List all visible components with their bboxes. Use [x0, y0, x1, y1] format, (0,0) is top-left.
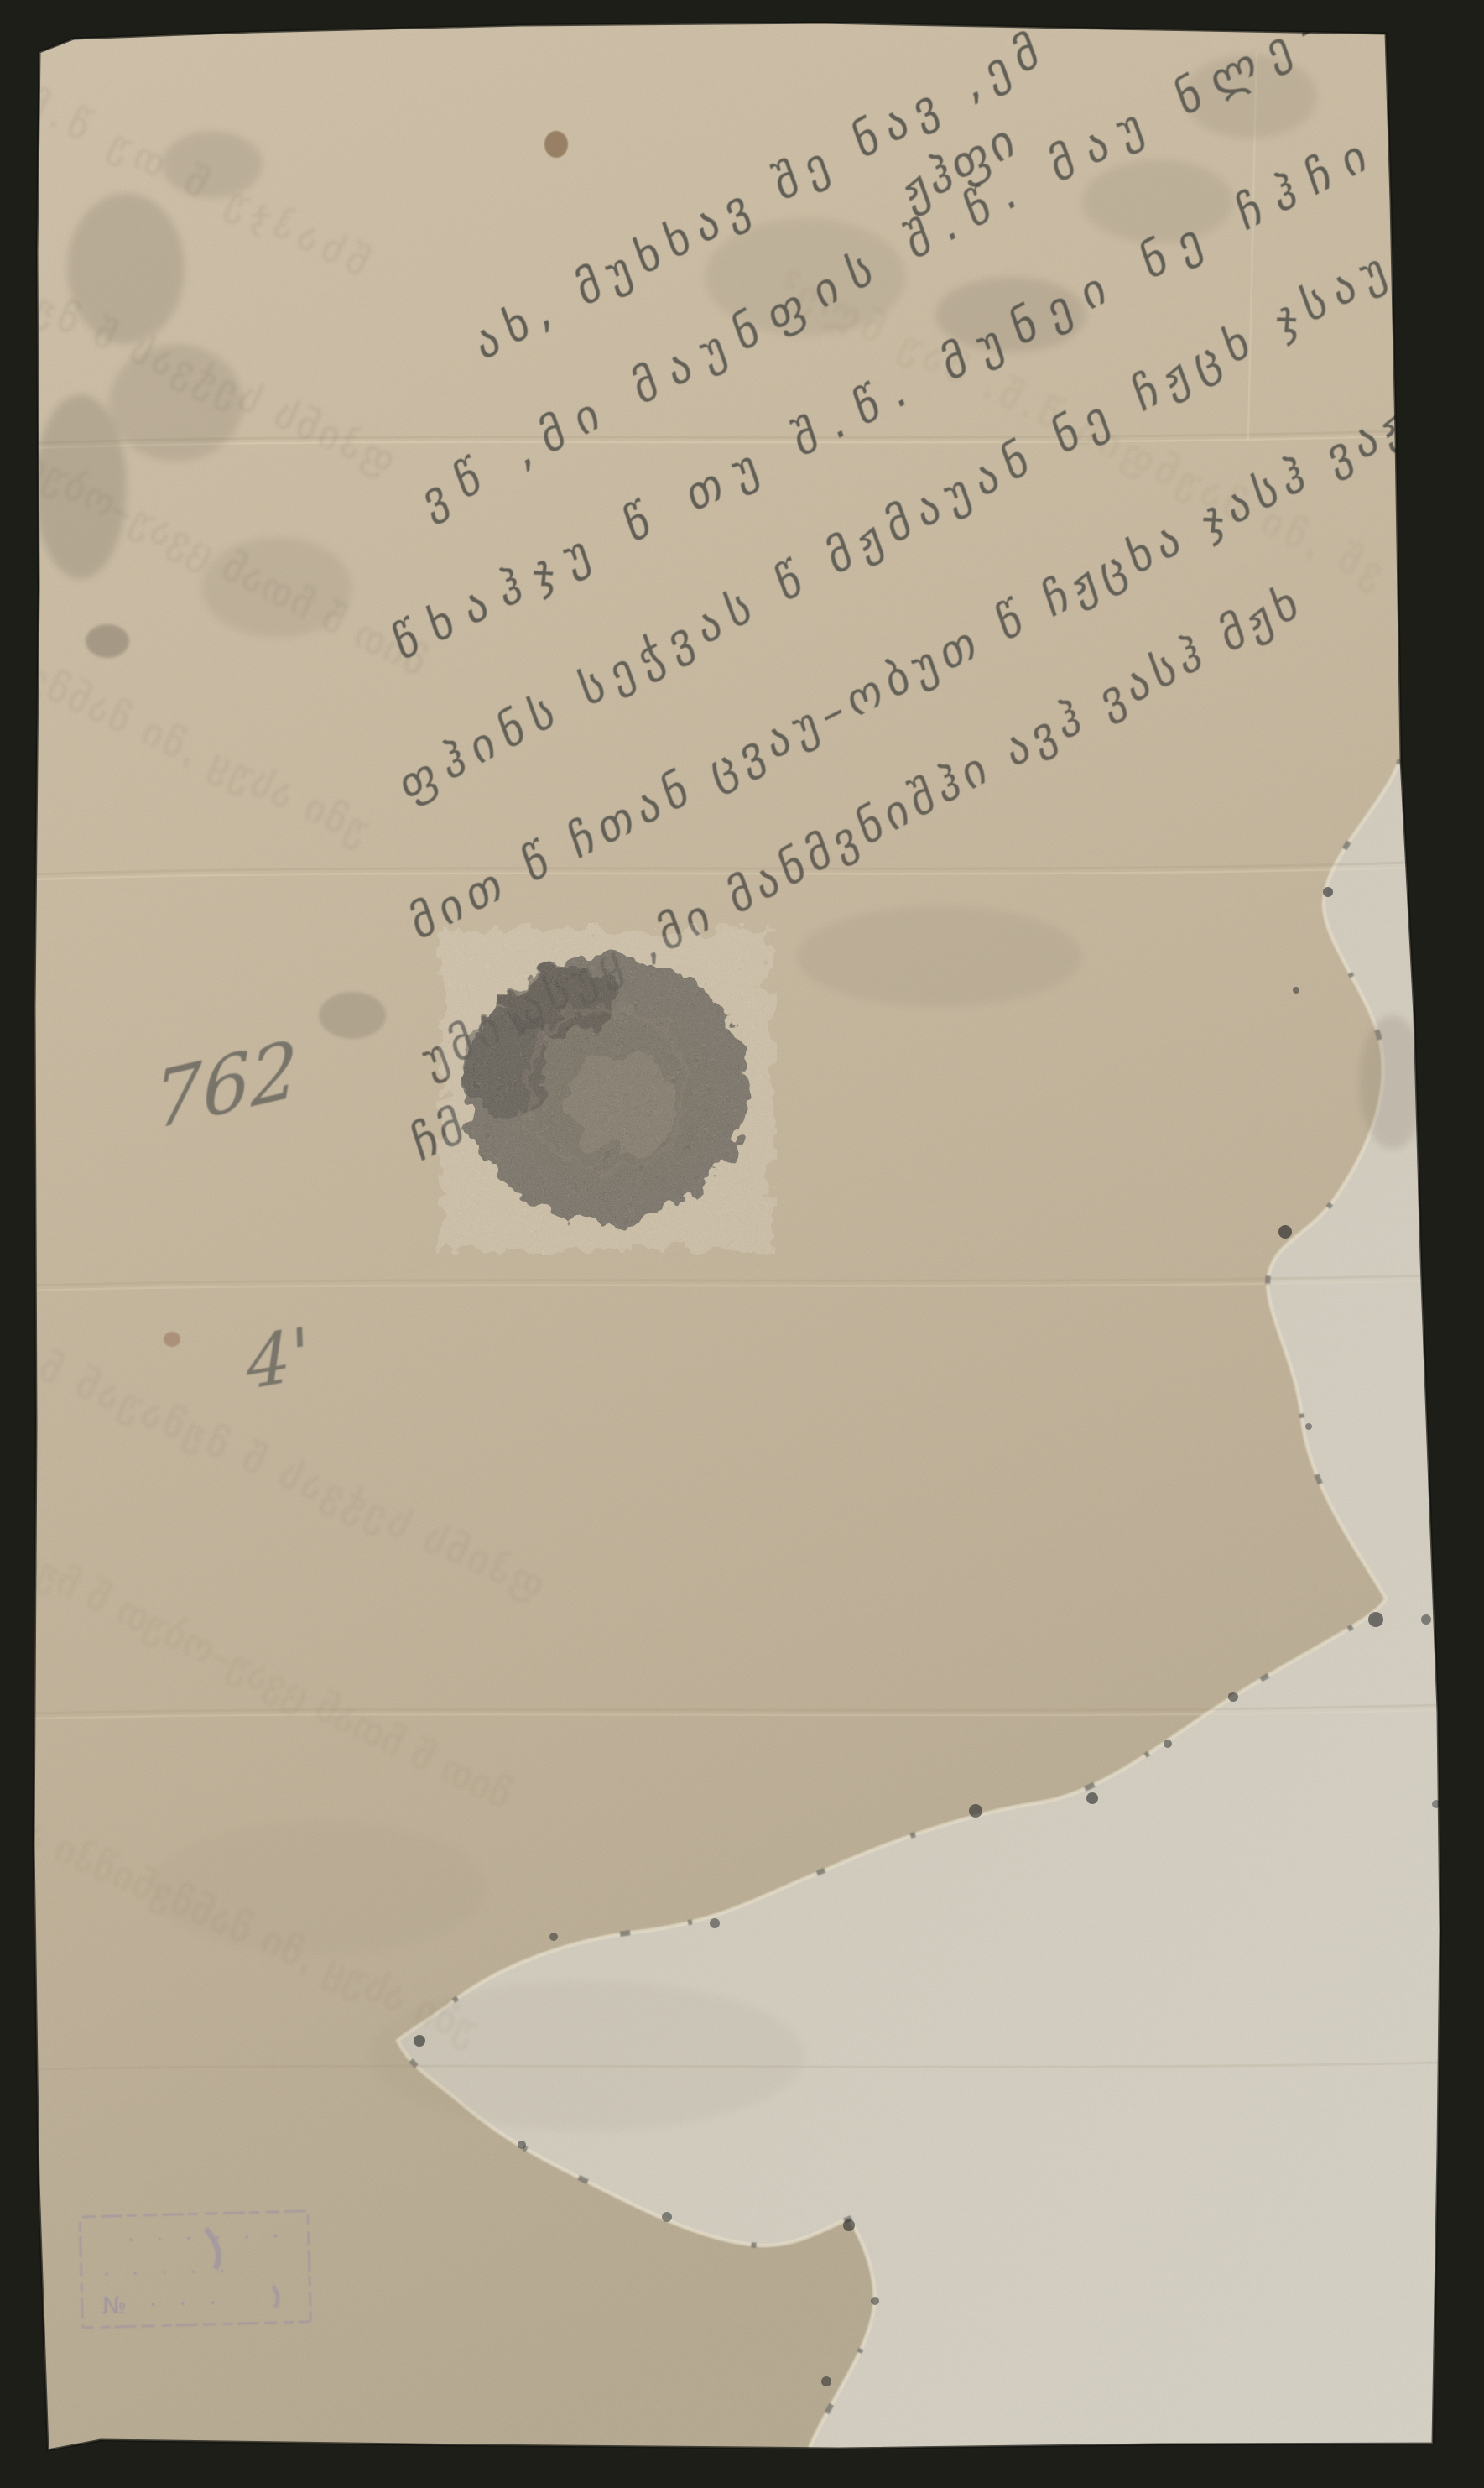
ink-speck [662, 2212, 672, 2222]
document-scan: წხაჰჯუ წ თუ შ.წ. მუნეი ნე ჩჰჩი ფჰინს სეჭ… [0, 0, 1484, 2488]
folio-mark-pencil: 4' [244, 1312, 311, 1406]
ink-speck [871, 2297, 879, 2305]
ink-speck [1368, 1612, 1383, 1627]
stain [797, 906, 1082, 1007]
manuscript-scan-page: წხაჰჯუ წ თუ შ.წ. მუნეი ნე ჩჰჩი ფჰინს სეჭ… [0, 0, 1484, 2488]
ink-speck [1086, 1792, 1098, 1804]
paper-sheet: წხაჰჯუ წ თუ შ.წ. მუნეი ნე ჩჰჩი ფჰინს სეჭ… [0, 0, 1484, 2488]
ink-speck [843, 2219, 855, 2231]
ink-speck [1228, 1692, 1238, 1702]
ink-speck [549, 1933, 558, 1941]
ink-seal-impression [456, 942, 758, 1236]
ink-speck [1278, 1225, 1292, 1239]
ink-speck [821, 2376, 831, 2386]
ink-speck [1305, 1423, 1312, 1430]
ink-speck [1164, 1740, 1172, 1748]
stain [164, 1332, 180, 1347]
stain [544, 131, 568, 158]
stain [319, 992, 386, 1039]
ink-speck [518, 2141, 526, 2149]
ink-speck [1323, 887, 1333, 897]
ink-speck [1293, 987, 1299, 994]
stamp-line: · · · · · [102, 2259, 233, 2287]
stamp-line: № · · · [102, 2289, 224, 2320]
seal-mottle [456, 942, 758, 1236]
ink-speck [969, 1804, 982, 1818]
stain [86, 624, 129, 658]
ink-speck [414, 2035, 425, 2047]
ink-speck [710, 1918, 720, 1928]
ink-speck [1421, 1614, 1431, 1625]
